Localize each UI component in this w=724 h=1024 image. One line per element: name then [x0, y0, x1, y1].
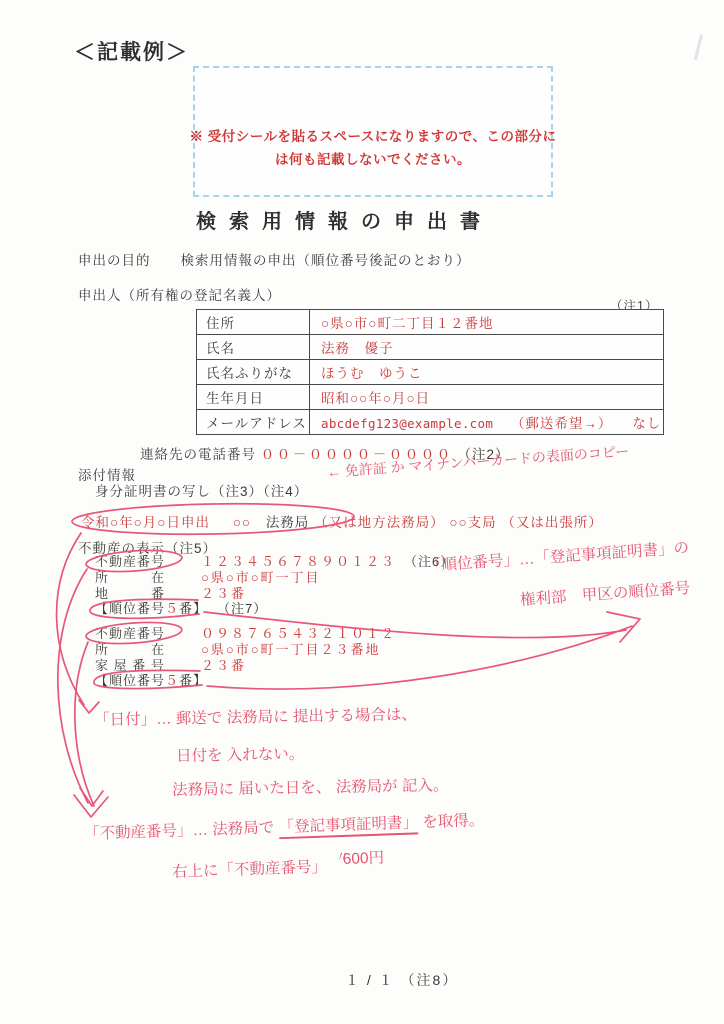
property-annotation-doc: 「登記事項証明書」 — [278, 814, 418, 839]
document-page: ＜記載例＞ ※ 受付シールを貼るスペースになりますので、この部分に は何も記載し… — [0, 0, 724, 1024]
filing-date: 令和○年○月○日申出 — [81, 515, 210, 530]
house-number-label: 家 屋 番 号 — [95, 658, 201, 674]
property-note-arrowhead-inner — [80, 788, 103, 806]
scan-artifact — [694, 34, 703, 60]
property-location-row: 所 在 ○県○市○町一丁目 — [95, 570, 454, 586]
purpose-label: 申出の目的 — [78, 249, 151, 269]
rank-annotation-line2: 権利部 甲区の順位番号 — [519, 576, 691, 610]
property-number-label: 不動産番号 — [95, 554, 201, 570]
office-alt: （又は地方法務局） — [314, 515, 445, 530]
location-value: ○県○市○町一丁目 — [201, 570, 321, 586]
property-annotation-pre: 「不動産番号」… 法務局で — [84, 819, 279, 843]
property-annotation-line2: 右上に「不動産番号」600円 — [172, 853, 385, 882]
row-label: 氏名ふりがな — [197, 360, 310, 385]
house-number-row: 家 屋 番 号 ２３番 — [95, 658, 396, 674]
attachment-item: 身分証明書の写し（注3）（注4） — [95, 480, 308, 500]
property-number-row: 不動産番号 ０９８７６５４３２１０１２ — [95, 626, 396, 642]
applicant-label: 申出人（所有権の登記名義人） — [78, 284, 281, 304]
table-row-email: メールアドレス abcdefg123@example.com （郵送希望→） な… — [197, 410, 664, 435]
reception-seal-box: ※ 受付シールを貼るスペースになりますので、この部分に は何も記載しないでくださ… — [193, 66, 553, 197]
lot-label: 地 番 — [95, 586, 201, 602]
rank-pre: 【順位番号 — [95, 673, 165, 689]
table-row-name: 氏名 法務 優子 — [197, 335, 664, 360]
rank-num: ５ — [165, 673, 179, 689]
arrow-to-date-note — [57, 533, 84, 705]
property-number-value: １２３４５６７８９０１２３ — [201, 554, 396, 570]
property-number-row: 不動産番号 １２３４５６７８９０１２３ （注6） — [95, 554, 454, 570]
filing-line: 令和○年○月○日申出 ○○ 法務局 （又は地方法務局） ○○支局 （又は出張所） — [81, 511, 603, 531]
row-label: メールアドレス — [197, 410, 310, 435]
table-row-birthdate: 生年月日 昭和○○年○月○日 — [197, 385, 664, 410]
arrow-2-to-property-note — [75, 642, 94, 806]
rank-post: 番】 — [179, 673, 207, 689]
rank-post: 番】 — [179, 601, 207, 617]
email-value: abcdefg123@example.com — [321, 416, 493, 431]
phone-label: 連絡先の電話番号 — [140, 447, 256, 462]
rank-number-row: 【順位番号 ５ 番】 （注7） — [95, 601, 454, 617]
property-number-value: ０９８７６５４３２１０１２ — [201, 626, 396, 642]
property-block-1: 不動産番号 １２３４５６７８９０１２３ （注6） 所 在 ○県○市○町一丁目 地… — [95, 554, 454, 617]
property-lot-row: 地 番 ２３番 — [95, 586, 454, 602]
rank-arrowhead — [607, 612, 640, 642]
row-value: ほうむ ゆうこ — [310, 360, 664, 385]
document-title: 検索用情報の申出書 — [196, 205, 493, 234]
property-annotation-line2-text: 右上に「不動産番号」 — [172, 859, 328, 881]
table-row-furigana: 氏名ふりがな ほうむ ゆうこ — [197, 360, 664, 385]
location-label: 所 在 — [95, 570, 201, 586]
row-value: abcdefg123@example.com （郵送希望→） なし — [310, 410, 664, 435]
seal-notice-line1: ※ 受付シールを貼るスペースになりますので、この部分に — [189, 126, 556, 148]
branch-name: ○○支局 — [449, 515, 496, 530]
lot-value: ２３番 — [201, 586, 246, 602]
row-value: 法務 優子 — [310, 335, 664, 360]
property-note-arrowhead-outer — [74, 795, 108, 817]
row-label: 生年月日 — [197, 385, 310, 410]
house-number-value: ２３番 — [201, 658, 246, 674]
note-7: （注7） — [217, 601, 267, 617]
property-annotation-post: を取得。 — [418, 812, 485, 831]
arrow-1-to-property-note — [58, 569, 88, 803]
rank-pre: 【順位番号 — [95, 601, 165, 617]
seal-notice-line2: は何も記載しないでください。 — [275, 149, 471, 171]
property-annotation-line1: 「不動産番号」… 法務局で 「登記事項証明書」 を取得。 — [84, 808, 485, 844]
row-label: 住所 — [197, 310, 310, 335]
date-annotation-line1: 「日付」… 郵送で 法務局に 提出する場合は、 — [94, 702, 417, 730]
office-name: 法務局 — [266, 515, 310, 530]
page-number: １ / １ （注8） — [345, 970, 458, 990]
branch-alt: （又は出張所） — [501, 515, 603, 530]
row-value: 昭和○○年○月○日 — [310, 385, 664, 410]
row-label: 氏名 — [197, 335, 310, 360]
office-prefix: ○○ — [233, 515, 251, 530]
purpose-line: 申出の目的 検索用情報の申出（順位番号後記のとおり） — [78, 249, 471, 269]
property-annotation-price: 600円 — [342, 850, 384, 868]
property-location-row: 所 在 ○県○市○町一丁目２３番地 — [95, 642, 396, 658]
property-number-label: 不動産番号 — [95, 626, 201, 642]
mail-preference-label: （郵送希望→） — [511, 416, 613, 431]
purpose-value: 検索用情報の申出（順位番号後記のとおり） — [181, 249, 471, 269]
example-heading: ＜記載例＞ — [74, 36, 189, 66]
applicant-table: 住所 ○県○市○町二丁目１２番地 氏名 法務 優子 氏名ふりがな ほうむ ゆうこ… — [196, 309, 664, 435]
rank-annotation-line1: 「順位番号」…「登記事項証明書」の — [425, 536, 689, 576]
date-annotation-line3: 法務局に 届いた日を、 法務局が 記入。 — [172, 773, 449, 800]
mail-preference-value: なし — [632, 416, 661, 431]
table-row-address: 住所 ○県○市○町二丁目１２番地 — [197, 310, 664, 335]
rank-num: ５ — [165, 601, 179, 617]
property-block-2: 不動産番号 ０９８７６５４３２１０１２ 所 在 ○県○市○町一丁目２３番地 家 … — [95, 626, 396, 689]
location-value: ○県○市○町一丁目２３番地 — [201, 642, 381, 658]
row-value: ○県○市○町二丁目１２番地 — [310, 310, 664, 335]
date-annotation-line2: 日付を 入れない。 — [176, 742, 305, 766]
rank-number-row: 【順位番号 ５ 番】 — [95, 673, 396, 689]
location-label: 所 在 — [95, 642, 201, 658]
